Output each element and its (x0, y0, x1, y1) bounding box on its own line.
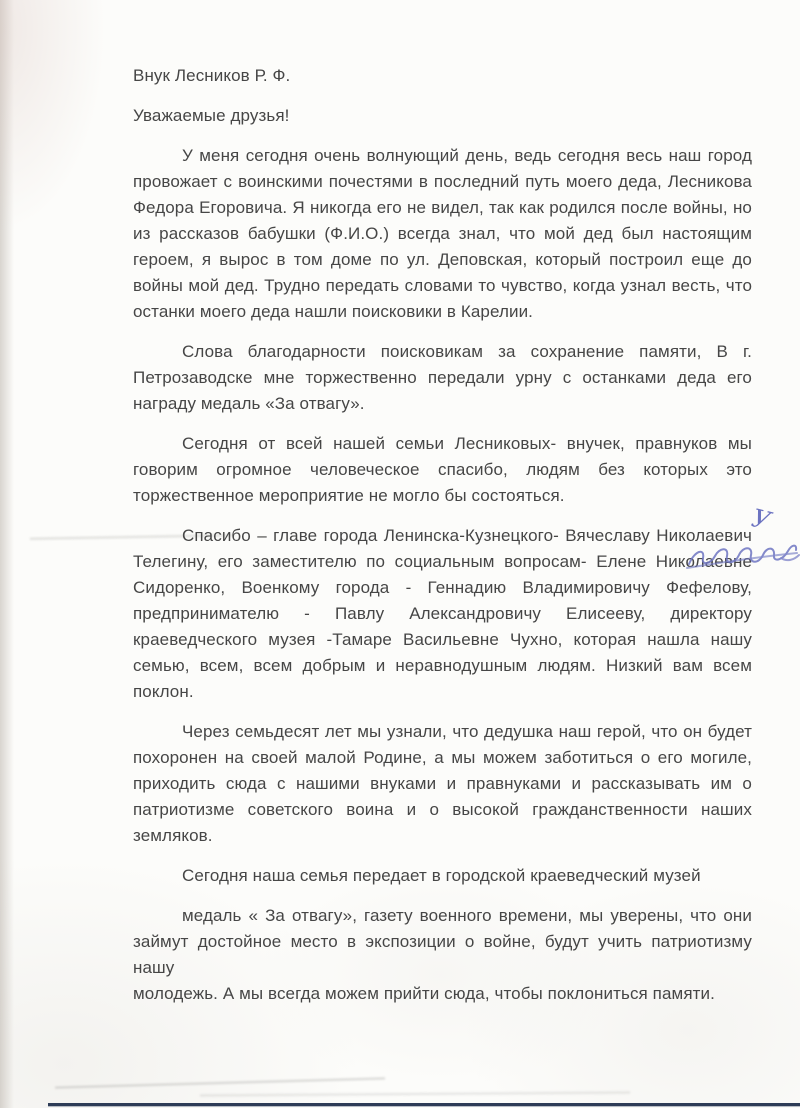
paragraph: У меня сегодня очень волнующий день, вед… (133, 143, 752, 325)
letter-line: земляков. (133, 823, 752, 849)
handwritten-scribble-ink (685, 534, 800, 574)
letter-line: награду медаль «За отвагу». (133, 391, 752, 417)
paragraph: Сегодня наша семья передает в городской … (133, 863, 752, 889)
letter-line: краеведческого музея -Тамаре Васильевне … (133, 627, 752, 653)
letter-line: предпринимателю - Павлу Александровичу Е… (133, 601, 752, 627)
letter-line: патриотизме советского воина и о высокой… (133, 797, 752, 823)
letter-line: говорим огромное человеческое спасибо, л… (133, 457, 752, 483)
handwritten-y-mark: У (749, 503, 774, 536)
paper-crease (200, 1091, 630, 1096)
letter-line: похоронен на своей малой Родине, а мы мо… (133, 745, 752, 771)
letter-paragraphs: У меня сегодня очень волнующий день, вед… (133, 143, 752, 1007)
sender-line: Внук Лесников Р. Ф. (133, 63, 752, 89)
paragraph: Через семьдесят лет мы узнали, что дедуш… (133, 719, 752, 849)
letter-line: героем, я вырос в том доме по ул. Деповс… (133, 247, 752, 273)
letter-line: останки моего деда нашли поисковики в Ка… (133, 299, 752, 325)
letter-line: войны мой дед. Трудно передать словами т… (133, 273, 752, 299)
letter-line: Слова благодарности поисковикам за сохра… (133, 339, 752, 365)
letter-line: приходить сюда с нашими внуками и правну… (133, 771, 752, 797)
letter-line: У меня сегодня очень волнующий день, вед… (133, 143, 752, 169)
letter-line: молодежь. А мы всегда можем прийти сюда,… (133, 981, 752, 1007)
scan-bottom-line (48, 1103, 800, 1106)
letter-line: займут достойное место в экспозиции о во… (133, 929, 752, 981)
paragraph: Сегодня от всей нашей семьи Лесниковых- … (133, 431, 752, 509)
letter-line: Сегодня от всей нашей семьи Лесниковых- … (133, 431, 752, 457)
letter-body: Внук Лесников Р. Ф. Уважаемые друзья! У … (133, 63, 752, 1021)
paragraph: Слова благодарности поисковикам за сохра… (133, 339, 752, 417)
paper-crease (55, 1077, 385, 1088)
letter-line: медаль « За отвагу», газету военного вре… (133, 903, 752, 929)
letter-line: поклон. (133, 679, 752, 705)
salutation: Уважаемые друзья! (133, 103, 752, 129)
letter-line: Петрозаводске мне торжественно передали … (133, 365, 752, 391)
paragraph: Спасибо – главе города Ленинска-Кузнецко… (133, 523, 752, 705)
letter-line: торжественное мероприятие не могло бы со… (133, 483, 752, 509)
letter-line: Телегину, его заместителю по социальным … (133, 549, 752, 575)
letter-line: провожает с воинскими почестями в послед… (133, 169, 752, 195)
letter-line: Через семьдесят лет мы узнали, что дедуш… (133, 719, 752, 745)
letter-line: Спасибо – главе города Ленинска-Кузнецко… (133, 523, 752, 549)
letter-line: из рассказов бабушки (Ф.И.О.) всегда зна… (133, 221, 752, 247)
letter-line: Сидоренко, Военкому города - Геннадию Вл… (133, 575, 752, 601)
letter-line: семью, всем, всем добрым и неравнодушным… (133, 653, 752, 679)
scanned-letter-page: Внук Лесников Р. Ф. Уважаемые друзья! У … (0, 0, 800, 1108)
letter-line: Федора Егоровича. Я никогда его не видел… (133, 195, 752, 221)
scan-corner-shade (0, 0, 110, 240)
paragraph: медаль « За отвагу», газету военного вре… (133, 903, 752, 1007)
letter-line: Сегодня наша семья передает в городской … (133, 863, 752, 889)
